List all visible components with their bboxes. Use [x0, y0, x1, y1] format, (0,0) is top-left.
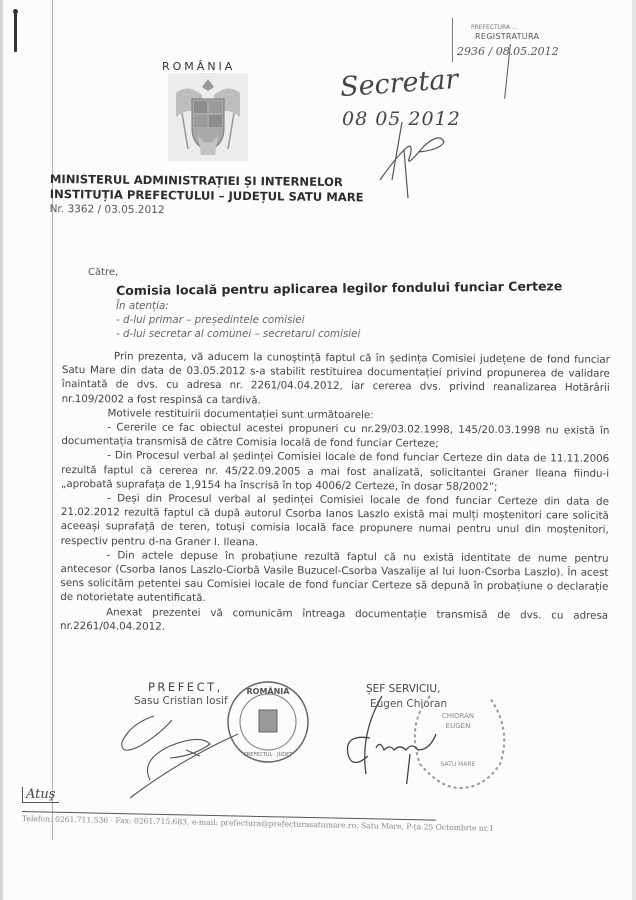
registry-stamp: PREFECTURA ... REGISTRATURA 2936 / 08.05…: [452, 18, 573, 62]
body-paragraph: - Din Procesul verbal al ședinței Comisi…: [61, 448, 609, 494]
drafter-initials: Atuş: [22, 787, 59, 803]
hole-punch-mark: [14, 12, 17, 52]
attention-label: În atenția:: [116, 299, 360, 313]
chief-signature: [340, 694, 440, 784]
scan-edge-right: [632, 0, 636, 900]
svg-text:ROMÂNIA: ROMÂNIA: [247, 685, 291, 696]
registry-stamp-title: REGISTRATURA: [475, 32, 539, 41]
institution-block: MINISTERUL ADMINISTRAȚIEI ȘI INTERNELOR …: [50, 172, 364, 220]
attention-item: - d-lui secretar al comunei – secretarul…: [116, 327, 360, 341]
registry-stamp-header: PREFECTURA ...: [471, 24, 518, 31]
romanian-coat-of-arms-icon: [168, 73, 248, 161]
handwritten-note: Secretar: [339, 64, 459, 103]
svg-text:EUGEN: EUGEN: [446, 722, 471, 730]
body-paragraph: Prin prezenta, vă aducem la cunoștință f…: [62, 349, 610, 410]
letter-body: Prin prezenta, vă aducem la cunoștință f…: [60, 349, 610, 637]
scan-edge-left: [0, 0, 3, 900]
body-paragraph: - Cererile ce fac obiectul acestei propu…: [61, 420, 609, 452]
official-round-stamp: ROMÂNIA PREFECTUL · JUDEȚ: [226, 680, 310, 764]
salutation: Către,: [88, 267, 118, 278]
scanned-letter-page: ROMÂNIA PREFECTURA ... REGISTRATURA 2936…: [0, 0, 636, 900]
fold-line: [52, 0, 53, 840]
svg-text:SATU MARE: SATU MARE: [441, 761, 476, 768]
recipient-name: Comisia locală pentru aplicarea legilor …: [116, 278, 562, 298]
body-paragraph: - Deși din Procesul verbal al ședinței C…: [61, 491, 609, 552]
prefect-title: PREFECT,: [148, 680, 223, 694]
attention-block: În atenția: - d-lui primar – președintel…: [116, 299, 360, 341]
svg-text:CHIORAN: CHIORAN: [442, 712, 474, 720]
country-heading: ROMÂNIA: [162, 60, 235, 73]
handwritten-signature-secretary: [374, 120, 454, 200]
body-paragraph: Anexat prezentei vă comunicăm întreaga d…: [60, 605, 608, 637]
footer-contact: Telefon: 0261.711.536 · Fax: 0261.715.68…: [22, 814, 432, 832]
body-paragraph: - Din actele depuse în probațiune rezult…: [60, 548, 608, 609]
svg-text:PREFECTUL · JUDEȚ: PREFECTUL · JUDEȚ: [244, 752, 294, 758]
attention-item: - d-lui primar – președintele comisiei: [116, 313, 360, 327]
